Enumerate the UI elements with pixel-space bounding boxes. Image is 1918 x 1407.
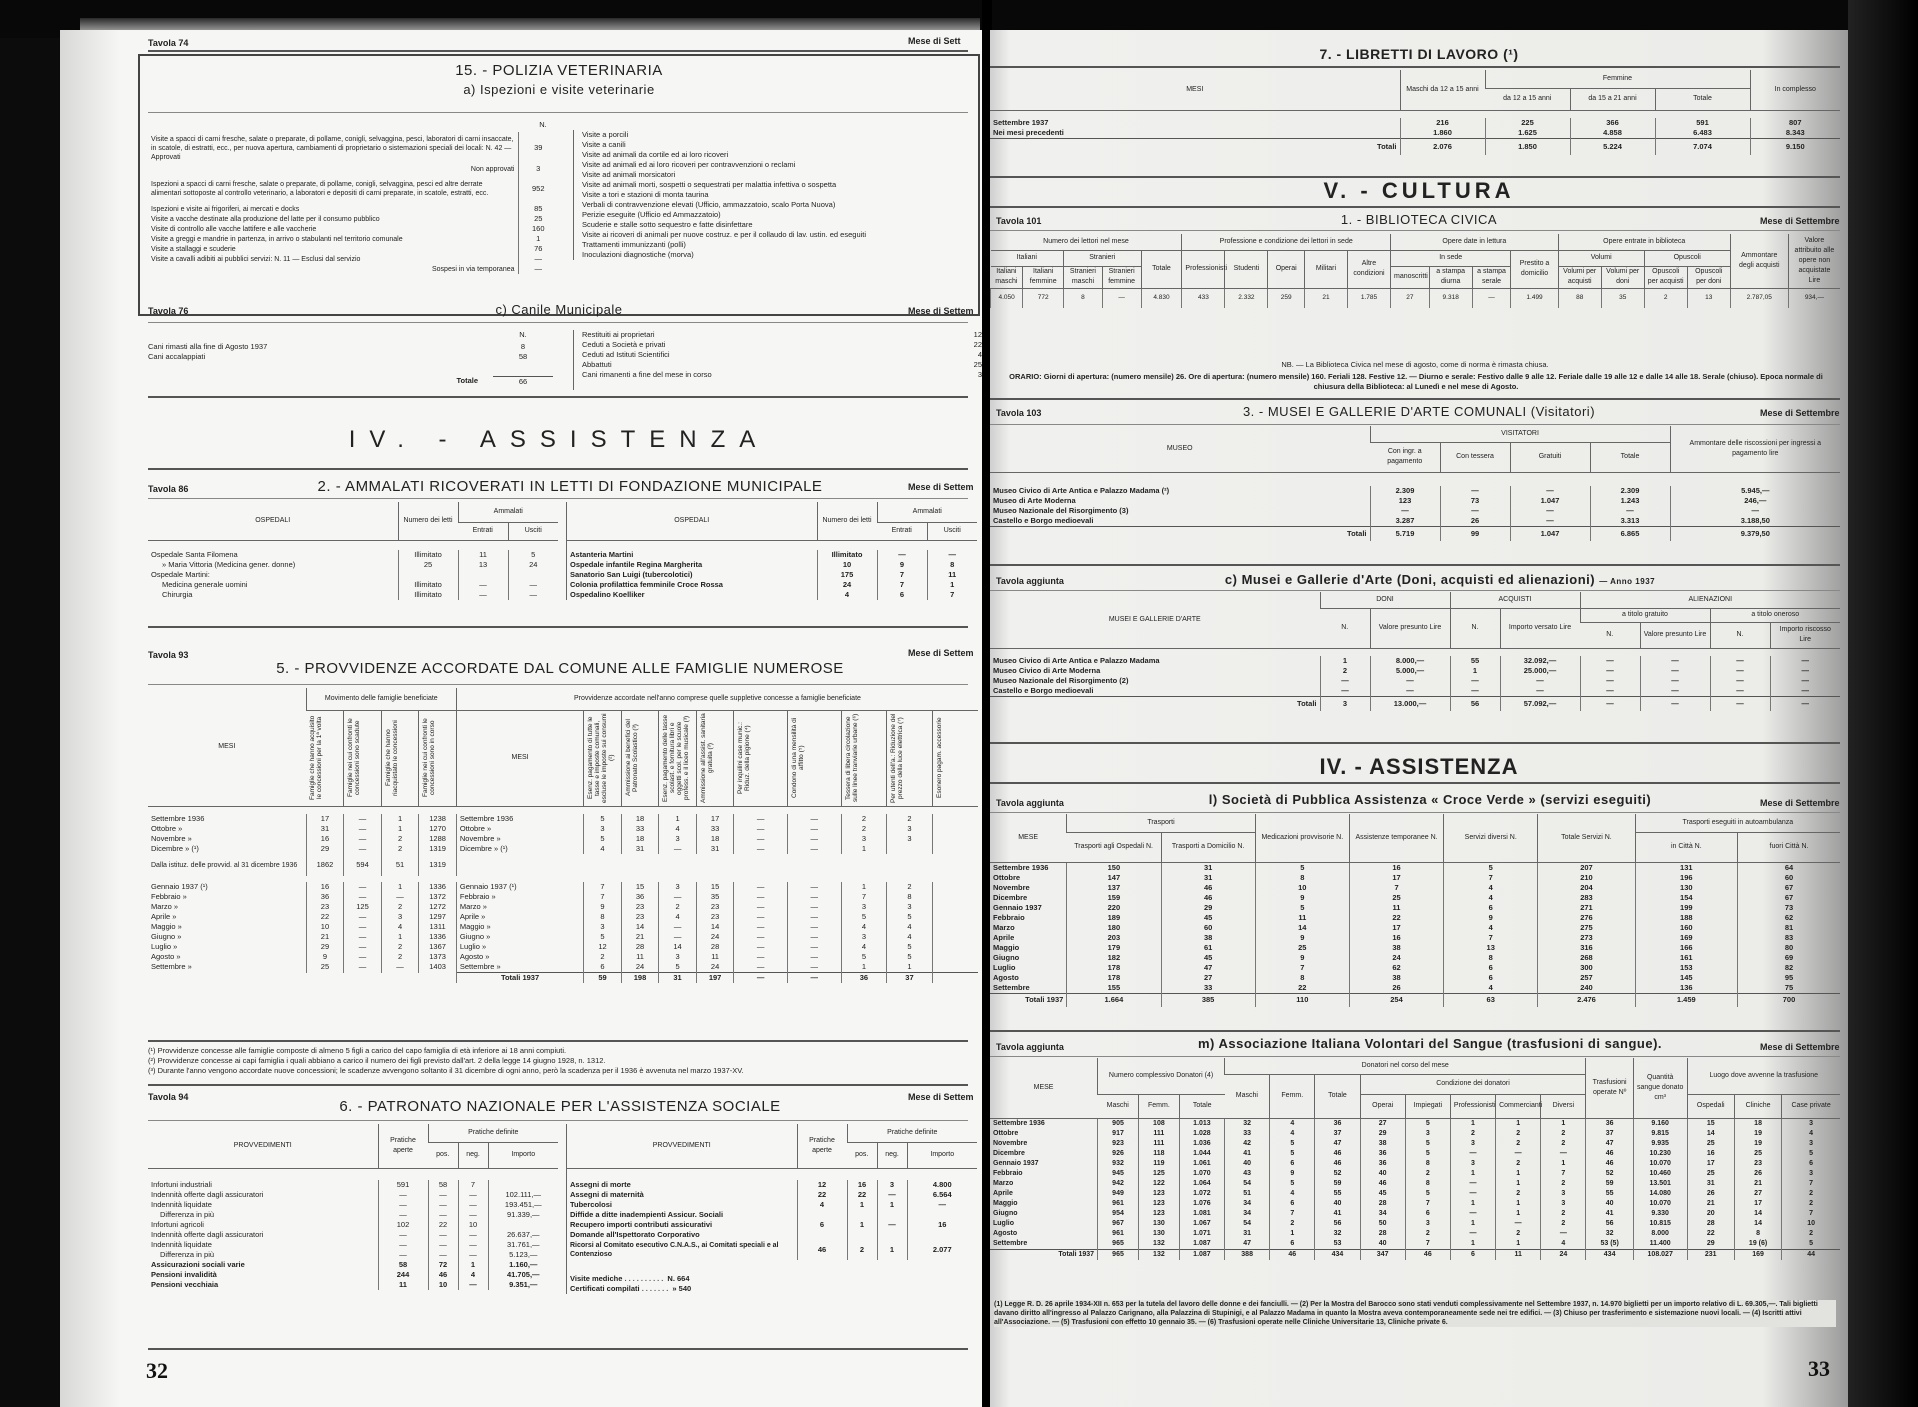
veterinaria-left-table: Visite a spacci di carni fresche, salate… — [148, 132, 558, 274]
table-row: Aprile20338916727316983 — [990, 933, 1840, 943]
table-row: Dicembre15946925428315467 — [990, 893, 1840, 903]
provvidenze-table: MESI Movimento delle famiglie beneficiat… — [148, 688, 978, 983]
table-row: Maggio »10—41311Maggio »314—14——44 — [148, 922, 978, 932]
patronato-right-table: PROVVEDIMENTIPratiche apertePratiche def… — [566, 1124, 977, 1294]
table-row: Novembre13746107420413067 — [990, 883, 1840, 893]
provvidenze-title: 5. - PROVVIDENZE ACCORDATE DAL COMUNE AL… — [210, 660, 910, 677]
table-row: Luglio »29—21367Luglio »12281428——45 — [148, 942, 978, 952]
table-row: Settembre 193617—11238Settembre 19365181… — [148, 814, 978, 824]
biblioteca-nb: NB. — La Biblioteca Civica nel mese di a… — [990, 360, 1840, 370]
table-row: Gennaio 19379321191.061406463683214610.0… — [990, 1159, 1840, 1169]
musei-doni-title: c) Musei e Gallerie d'Arte (Doni, acquis… — [1160, 572, 1720, 587]
ammalati-left-table: OSPEDALINumero dei lettiAmmalati Entrati… — [148, 502, 558, 600]
biblioteca-orario: ORARIO: Giorni di apertura: (numero mens… — [996, 372, 1836, 392]
ammalati-title: 2. - AMMALATI RICOVERATI IN LETTI DI FON… — [240, 478, 900, 495]
table-row: Marzo9421221.06454559468—125913.50131217 — [990, 1179, 1840, 1189]
table-row: Settembre »25——1403Settembre »624524——11 — [148, 962, 978, 973]
table-row: Novembre9231111.03642547385322479.935251… — [990, 1139, 1840, 1149]
table-row: Giugno »21—11336Giugno »521—24——34 — [148, 932, 978, 942]
table-row: Aprile9491231.07251455455—235514.0802627… — [990, 1189, 1840, 1199]
biblioteca-title: 1. - BIBLIOTECA CIVICA — [990, 212, 1848, 227]
table-row: Febbraio189451122927618862 — [990, 913, 1840, 923]
table-row: Febbraio »36——1372Febbraio »736—35——78 — [148, 892, 978, 902]
table-row: Settembre 19369051081.01332436275111369.… — [990, 1118, 1840, 1129]
table-row: Dicembre » (¹)29—21319Dicembre » (¹)431—… — [148, 844, 978, 854]
avis-notes: (1) Legge R. D. 26 aprile 1934-XII n. 65… — [994, 1300, 1836, 1327]
table-row: Settembre9651321.0874765340711453 (5)11.… — [990, 1239, 1840, 1250]
veterinaria-left-list: N. Visite a spacci di carni fresche, sal… — [148, 120, 528, 274]
veterinaria-right-list: Visite a porcili Visite a canili Visite … — [573, 130, 982, 260]
table-row: Luglio9671301.067542565031—25610.8152814… — [990, 1219, 1840, 1229]
table-row: Agosto9611301.07131132282—2—328.0002282 — [990, 1229, 1840, 1239]
section-title-assistenza: IV. - ASSISTENZA — [138, 426, 980, 454]
table-total-row: Totali 19379651321.087388464343474661124… — [990, 1249, 1840, 1260]
page-number-right: 33 — [1808, 1356, 1830, 1382]
table-row: Marzo180601417427516081 — [990, 923, 1840, 933]
table-row: Agosto17827838625714595 — [990, 973, 1840, 983]
table-row: Agosto »9—21373Agosto »211311——55 — [148, 952, 978, 962]
patronato-title: 6. - PATRONATO NAZIONALE PER L'ASSISTENZ… — [210, 1098, 910, 1115]
table-row: Gennaio 193722029511627119973 — [990, 903, 1840, 913]
veterinaria-title: 15. - POLIZIA VETERINARIA — [138, 62, 980, 79]
tavola-label: Tavola 74 — [148, 38, 188, 48]
table-row: Luglio17847762630015382 — [990, 963, 1840, 973]
libretti-title: 7. - LIBRETTI DI LAVORO (¹) — [990, 46, 1848, 62]
table-row: Dicembre9261181.04441546365———4610.23016… — [990, 1149, 1840, 1159]
table-row: Giugno18245924826816169 — [990, 953, 1840, 963]
table-row: Settembre155332226424013675 — [990, 983, 1840, 994]
table-row: Aprile »22—31297Aprile »823423——55 — [148, 912, 978, 922]
table-row: Ottobre14731817721019660 — [990, 873, 1840, 883]
month-label: Mese di Sett — [908, 36, 961, 46]
musei-doni-table: MUSEI E GALLERIE D'ARTEDONIACQUISTIALIEN… — [990, 592, 1840, 711]
scan-right-shadow — [1848, 0, 1918, 1407]
musei-title: 3. - MUSEI E GALLERIE D'ARTE COMUNALI (V… — [990, 404, 1848, 419]
croce-verde-title: l) Società di Pubblica Assistenza « Croc… — [1110, 792, 1750, 807]
left-page: Tavola 74 Mese di Sett 15. - POLIZIA VET… — [60, 30, 985, 1407]
avis-title: m) Associazione Italiana Volontari del S… — [1100, 1036, 1760, 1051]
ammalati-right-table: OSPEDALINumero dei lettiAmmalati Entrati… — [566, 502, 977, 600]
table-row: Maggio9611231.076346402871134010.0702117… — [990, 1199, 1840, 1209]
right-page: 7. - LIBRETTI DI LAVORO (¹) MESIMaschi d… — [990, 30, 1848, 1407]
musei-table: MUSEOVISITATORIAmmontare delle riscossio… — [990, 426, 1840, 541]
table-row: Giugno9541231.08134741346—12419.33020147 — [990, 1209, 1840, 1219]
table-row: Novembre »16—21288Novembre »518318——33 — [148, 834, 978, 844]
section-title-cultura: V. - CULTURA — [990, 178, 1848, 204]
section-title-assistenza-right: IV. - ASSISTENZA — [990, 754, 1848, 780]
table-row: Marzo »2312521272Marzo »923223——33 — [148, 902, 978, 912]
libretti-table: MESIMaschi da 12 a 15 anniFemmineIn comp… — [990, 70, 1840, 155]
croce-verde-table: MESETrasportiMedicazioni provvisorie N.A… — [990, 814, 1840, 1007]
table-row: Settembre 193615031516520713164 — [990, 862, 1840, 873]
table-row: Maggio1796125381331616680 — [990, 943, 1840, 953]
table-row: Ottobre »31—11270Ottobre »333433——23 — [148, 824, 978, 834]
canile-right-table: Restituiti ai proprietari12 Ceduti a Soc… — [573, 330, 982, 390]
table-row: Ottobre9171111.02833437293222379.8151419… — [990, 1129, 1840, 1139]
canile-title: c) Canile Municipale — [138, 302, 980, 317]
table-row: Febbraio9451251.070439524021175210.46025… — [990, 1169, 1840, 1179]
provvidenze-notes: (¹) Provvidenze concesse alle famiglie c… — [148, 1046, 968, 1076]
patronato-left-table: PROVVEDIMENTIPratiche apertePratiche def… — [148, 1124, 558, 1290]
biblioteca-table: Numero dei lettori nel meseProfessione e… — [990, 234, 1840, 308]
veterinaria-subtitle: a) Ispezioni e visite veterinarie — [138, 82, 980, 97]
table-row: Gennaio 1937 (¹)16—11336Gennaio 1937 (¹)… — [148, 882, 978, 892]
avis-table: MESENumero complessivo Donatori (4)Donat… — [990, 1058, 1840, 1260]
page-number-left: 32 — [146, 1358, 168, 1384]
